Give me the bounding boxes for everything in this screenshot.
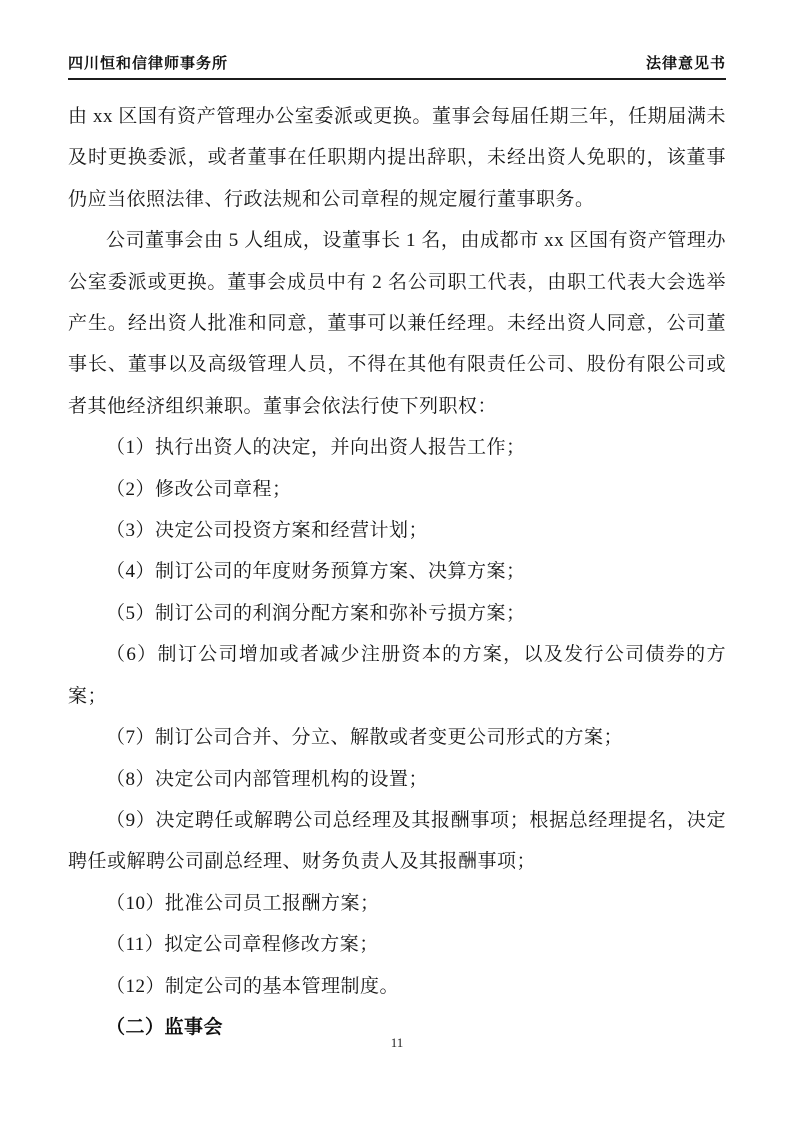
list-item: （11）拟定公司章程修改方案； <box>68 924 726 965</box>
list-item: （12）制定公司的基本管理制度。 <box>68 966 726 1007</box>
document-body: 由 xx 区国有资产管理办公室委派或更换。董事会每届任期三年，任期届满未及时更换… <box>68 96 726 1048</box>
list-item: （9）决定聘任或解聘公司总经理及其报酬事项；根据总经理提名，决定聘任或解聘公司副… <box>68 800 726 883</box>
list-item: （4）制订公司的年度财务预算方案、决算方案； <box>68 551 726 592</box>
list-item: （7）制订公司合并、分立、解散或者变更公司形式的方案； <box>68 717 726 758</box>
list-item: （10）批准公司员工报酬方案； <box>68 883 726 924</box>
document-page: 四川恒和信律师事务所 法律意见书 由 xx 区国有资产管理办公室委派或更换。董事… <box>0 0 794 1123</box>
doc-title: 法律意见书 <box>646 52 726 73</box>
paragraph: 公司董事会由 5 人组成，设董事长 1 名，由成都市 xx 区国有资产管理办公室… <box>68 220 726 427</box>
list-item: （3）决定公司投资方案和经营计划； <box>68 510 726 551</box>
page-footer: 11 <box>0 1035 794 1051</box>
list-item: （6）制订公司增加或者减少注册资本的方案，以及发行公司债券的方案； <box>68 634 726 717</box>
list-item: （8）决定公司内部管理机构的设置； <box>68 759 726 800</box>
list-item: （2）修改公司章程； <box>68 469 726 510</box>
firm-name: 四川恒和信律师事务所 <box>68 52 228 73</box>
paragraph: 由 xx 区国有资产管理办公室委派或更换。董事会每届任期三年，任期届满未及时更换… <box>68 96 726 220</box>
page-number: 11 <box>391 1035 404 1050</box>
list-item: （5）制订公司的利润分配方案和弥补亏损方案； <box>68 593 726 634</box>
page-header: 四川恒和信律师事务所 法律意见书 <box>68 52 726 80</box>
list-item: （1）执行出资人的决定，并向出资人报告工作； <box>68 427 726 468</box>
